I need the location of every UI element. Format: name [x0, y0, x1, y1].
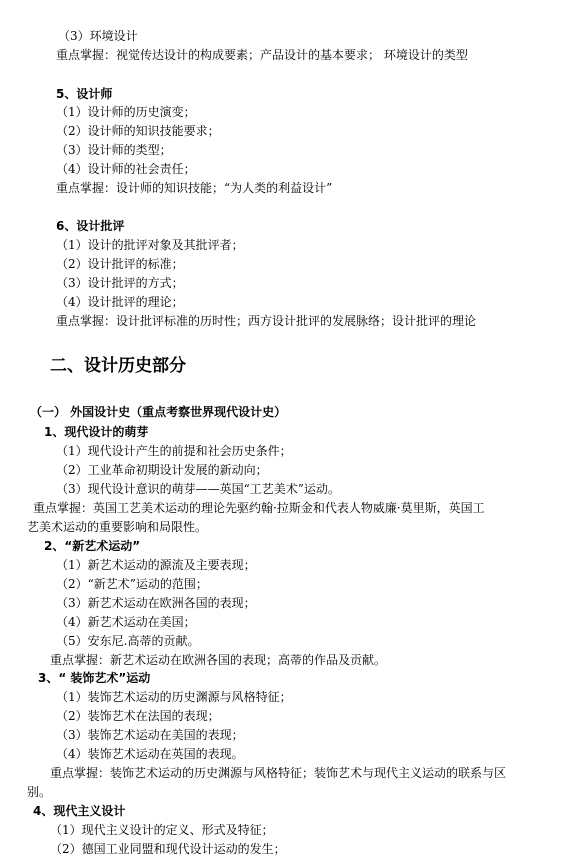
text-line: （2）工业革命初期设计发展的新动向； — [56, 462, 268, 478]
subsection-heading: 4、现代主义设计 — [33, 803, 125, 819]
text-line: （1）设计师的历史演变； — [56, 104, 196, 120]
text-line: （1）装饰艺术运动的历史渊源与风格特征； — [56, 689, 292, 705]
text-line: （3）设计师的类型； — [56, 142, 172, 158]
text-line: （3）现代设计意识的萌芽——英国“工艺美术”运动。 — [56, 481, 340, 497]
text-line: 重点掌握：装饰艺术运动的历史渊源与风格特征；装饰艺术与现代主义运动的联系与区 — [50, 765, 506, 781]
text-line: （1）新艺术运动的源流及主要表现； — [56, 557, 256, 573]
text-line: （3）设计批评的方式； — [56, 275, 184, 291]
text-line: （3）装饰艺术运动在美国的表现； — [56, 727, 244, 743]
subsection-heading: 2、“新艺术运动” — [44, 538, 140, 554]
subsection-heading: （一） 外国设计史（重点考察世界现代设计史） — [30, 404, 286, 420]
subsection-heading: 5、设计师 — [56, 86, 112, 102]
text-line: （1）现代设计产生的前提和社会历史条件； — [56, 443, 292, 459]
text-line: （2）“新艺术”运动的范围； — [56, 576, 208, 592]
text-line: 重点掌握：新艺术运动在欧洲各国的表现；高蒂的作品及贡献。 — [50, 652, 386, 668]
text-line: （2）装饰艺术在法国的表现； — [56, 708, 220, 724]
subsection-heading: 3、“ 装饰艺术”运动 — [38, 670, 150, 686]
text-line: （1）现代主义设计的定义、形式及特征； — [50, 822, 274, 838]
text-line: （2）设计师的知识技能要求； — [56, 123, 220, 139]
section-heading: 二、设计历史部分 — [50, 355, 186, 377]
text-line: 重点掌握：设计批评标准的历时性；西方设计批评的发展脉络；设计批评的理论 — [56, 313, 476, 329]
text-line: （2）德国工业同盟和现代设计运动的发生； — [50, 841, 286, 857]
text-line: 重点掌握：英国工艺美术运动的理论先驱约翰·拉斯金和代表人物威廉·莫里斯，英国工 — [33, 500, 485, 516]
subsection-heading: 6、设计批评 — [56, 218, 124, 234]
text-line: （4）设计批评的理论； — [56, 294, 184, 310]
text-line: （3）环境设计 — [58, 28, 138, 44]
text-line: （2）设计批评的标准； — [56, 256, 184, 272]
text-line: 艺美术运动的重要影响和局限性。 — [27, 519, 207, 535]
text-line: 别。 — [27, 784, 51, 800]
text-line: 重点掌握：设计师的知识技能；“为人类的利益设计” — [56, 180, 332, 196]
text-line: （4）新艺术运动在美国； — [56, 614, 196, 630]
text-line: （4）装饰艺术运动在英国的表现。 — [56, 746, 244, 762]
text-line: （4）设计师的社会责任； — [56, 161, 196, 177]
text-line: （1）设计的批评对象及其批评者； — [56, 237, 244, 253]
subsection-heading: 1、现代设计的萌芽 — [44, 424, 148, 440]
text-line: （5）安东尼.高蒂的贡献。 — [56, 633, 199, 649]
text-line: （3）新艺术运动在欧洲各国的表现； — [56, 595, 256, 611]
text-line: 重点掌握：视觉传达设计的构成要素；产品设计的基本要求； 环境设计的类型 — [56, 47, 468, 63]
